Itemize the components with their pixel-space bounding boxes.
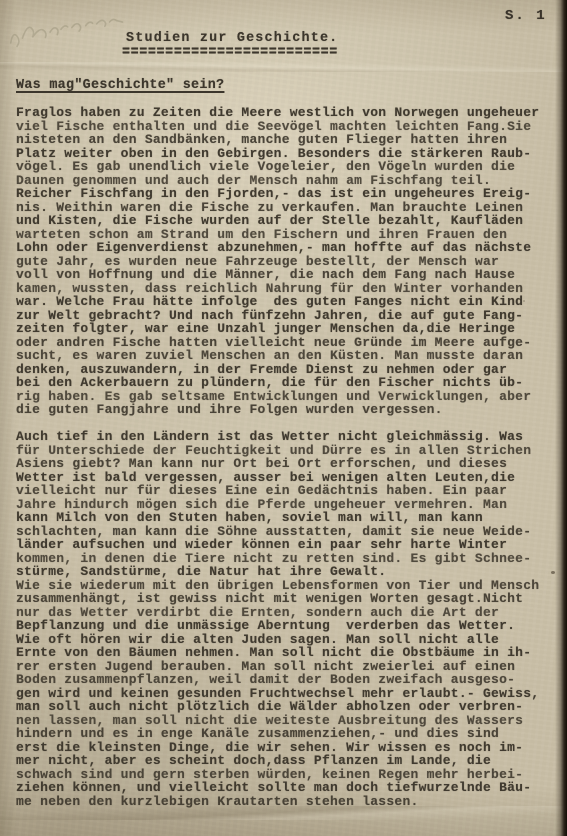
text-line: gute Jahr, es wurden neue Fahrzeuge best… <box>16 255 560 269</box>
text-line: kamen, wussten, dass reichlich Nahrung f… <box>16 282 560 296</box>
text-line: die guten Fangjahre und ihre Folgen wurd… <box>16 403 560 417</box>
text-line: für Unterschiede der Feuchtigkeit und Dü… <box>16 444 560 458</box>
text-line: me neben den kurzlebigen Krautarten steh… <box>16 795 560 809</box>
document-body: Fraglos haben zu Zeiten die Meere westli… <box>16 106 560 808</box>
text-line: denken, auszuwandern, in der Fremde Dien… <box>16 363 560 377</box>
page-number: S. 1 <box>505 8 547 24</box>
text-line: Lohn oder Eigenverdienst abzunehmen,- ma… <box>16 241 560 255</box>
text-line: nur das Wetter verdirbt die Ernten, sond… <box>16 606 560 620</box>
text-line: hindern und es in enge Kanäle zusammenzi… <box>16 727 560 741</box>
document-title: Studien zur Geschichte. <box>126 31 338 46</box>
text-line: zeiten folgter, war eine Unzahl junger M… <box>16 322 560 336</box>
paragraph: Auch tief in den Ländern ist das Wetter … <box>16 430 560 808</box>
text-line: Wie sie wiederum mit den übrigen Lebensf… <box>16 579 560 593</box>
text-line: nisteten an den Sandbänken, manche guten… <box>16 133 560 147</box>
text-line: rig haben. Es gab seltsame Entwicklungen… <box>16 390 560 404</box>
text-line: Ernte von den Bäumen nehmen. Man soll ni… <box>16 646 560 660</box>
scanned-typewritten-page: S. 1 Studien zur Geschichte. ===========… <box>0 0 567 836</box>
text-line: voll von Hoffnung und die Männer, die na… <box>16 268 560 282</box>
text-line: warteten schon am Strand um den Fischern… <box>16 228 560 242</box>
scan-edge-shadow <box>555 0 567 836</box>
text-line: stürme, Sandstürme, die Natur hat ihre G… <box>16 565 560 579</box>
text-line: zur Welt gebracht? Und nach fünfzehn Jah… <box>16 309 560 323</box>
paper-crease <box>0 62 567 72</box>
text-line: Platz weiter oben in den Gebirgen. Beson… <box>16 147 560 161</box>
text-line: Auch tief in den Ländern ist das Wetter … <box>16 430 560 444</box>
text-line: Fraglos haben zu Zeiten die Meere westli… <box>16 106 560 120</box>
text-line: schwach sind und gern sterben würden, ke… <box>16 768 560 782</box>
text-line: Daunen genommen und auch der Mensch nahm… <box>16 174 560 188</box>
section-heading: Was mag"Geschichte" sein? <box>16 78 224 93</box>
text-line: man soll auch nicht plötzlich die Wälder… <box>16 700 560 714</box>
text-line: bei den Ackerbauern zu plündern, die für… <box>16 376 560 390</box>
text-line: Asiens giebt? Man kann nur Ort bei Ort e… <box>16 457 560 471</box>
text-line: war. Welche Frau hätte infolge des guten… <box>16 295 560 309</box>
text-line: nen lassen, man soll nicht die weiteste … <box>16 714 560 728</box>
text-line: kommen, in denen die Tiere nicht zu rett… <box>16 552 560 566</box>
text-line: Wetter ist bald vergessen, ausser bei we… <box>16 471 560 485</box>
text-line: Reicher Fischfang in den Fjorden,- das i… <box>16 187 560 201</box>
text-line: ziehen können, und vielleicht sollte man… <box>16 781 560 795</box>
text-line: zusammenhängt, ist gewiss nicht mit weni… <box>16 592 560 606</box>
text-line: vögel. Es gab unendlich viele Vogeleier,… <box>16 160 560 174</box>
text-line: gen wird und keinen gesunden Fruchtwechs… <box>16 687 560 701</box>
text-line: mer nicht, aber es scheint doch,dass Pfl… <box>16 754 560 768</box>
ink-speck <box>523 300 525 302</box>
paragraph: Fraglos haben zu Zeiten die Meere westli… <box>16 106 560 417</box>
text-line: länder aufsuchen und wieder können ein p… <box>16 538 560 552</box>
title-underline-rule: ========================= <box>122 45 338 60</box>
text-line: oder andren Fische hatten vielleicht neu… <box>16 336 560 350</box>
text-line: Jahre hindurch mögen sich die Pferde ung… <box>16 498 560 512</box>
text-line: Boden zusammenpflanzen, weil damit der B… <box>16 673 560 687</box>
text-line: schlachten, man kann die Söhne ausstatte… <box>16 525 560 539</box>
text-line: Wie oft hören wir die alten Juden sagen.… <box>16 633 560 647</box>
text-line: rer ersten Jugend berauben. Man soll nic… <box>16 660 560 674</box>
text-line: erst die kleinsten Dinge, die wir sehen.… <box>16 741 560 755</box>
text-line: und Kisten, die Fische wurden auf der St… <box>16 214 560 228</box>
text-line: Bepflanzung und die unmässige Aberntung … <box>16 619 560 633</box>
ink-speck <box>61 516 63 518</box>
text-line: viel Fische enthalten und die Seevögel m… <box>16 120 560 134</box>
text-line: kann Milch von den Stuten haben, soviel … <box>16 511 560 525</box>
text-line: vielleicht nur für dieses Eine ein Gedäc… <box>16 484 560 498</box>
text-line: sucht, es waren zuviel Menschen an den K… <box>16 349 560 363</box>
text-line: nis. Weithin waren die Fische zu verkauf… <box>16 201 560 215</box>
